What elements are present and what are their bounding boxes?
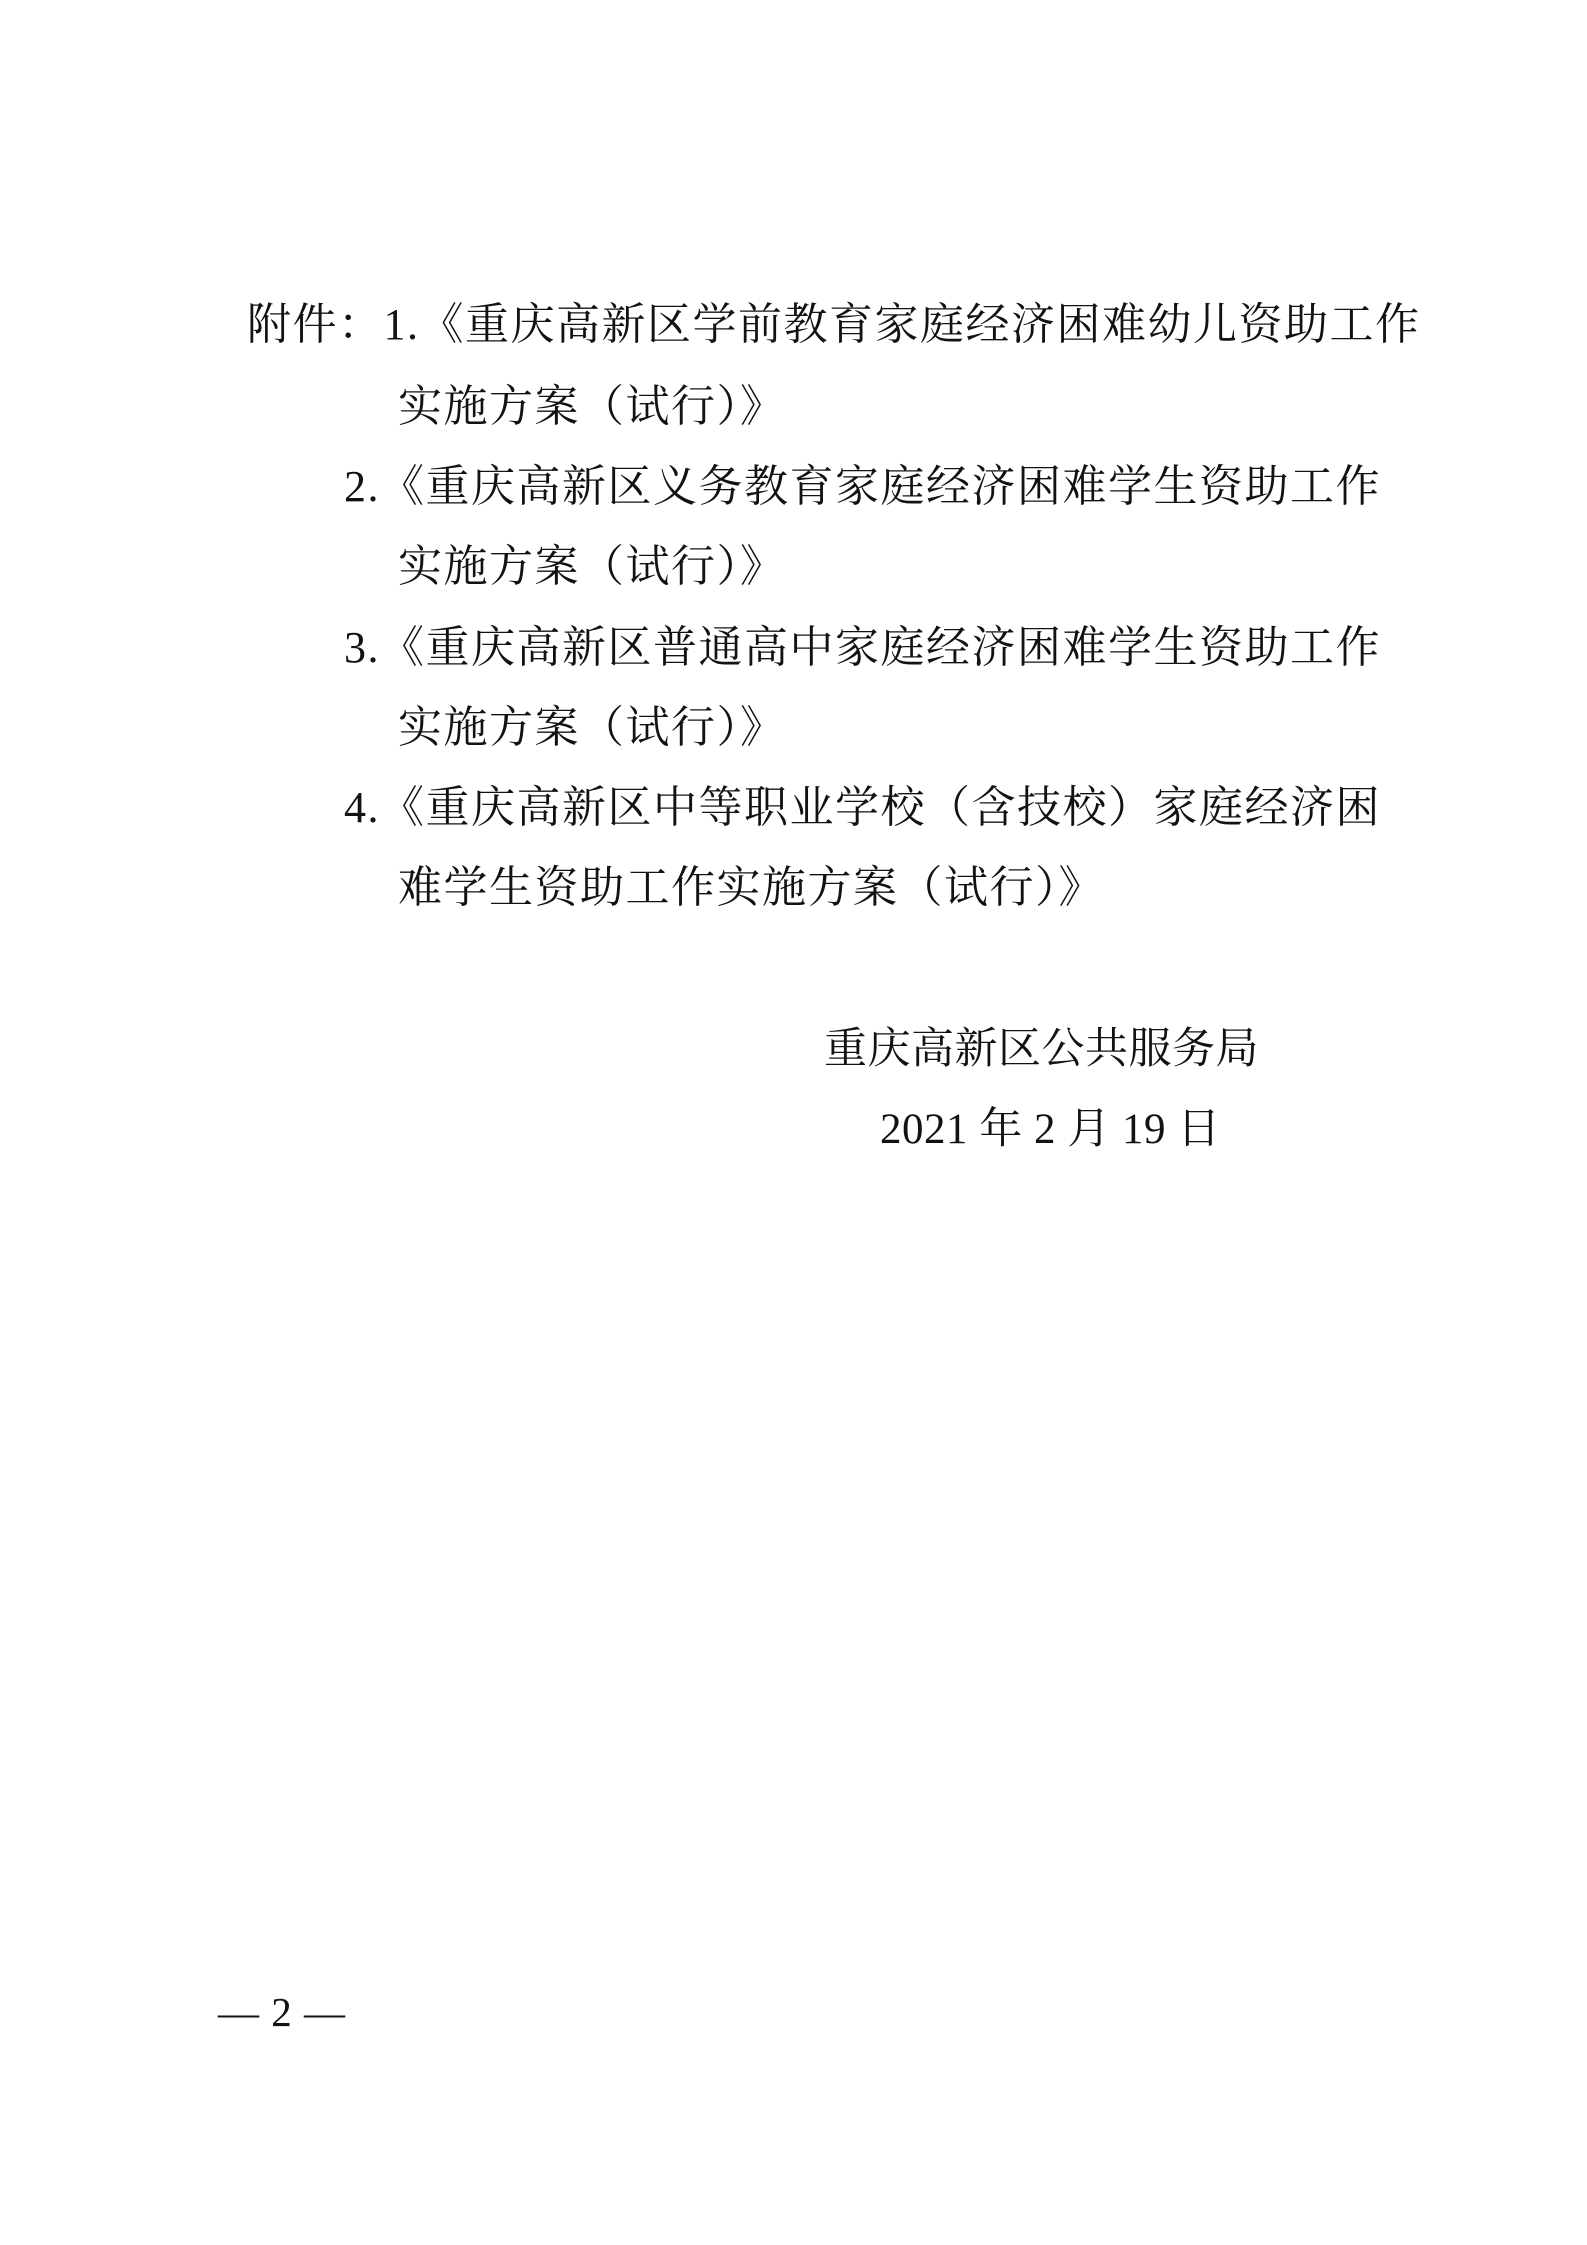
attachment-list-line: 4.《重庆高新区中等职业学校（含技校）家庭经济困 xyxy=(344,780,1381,836)
attachment-list-line: 实施方案（试行）》 xyxy=(398,700,786,756)
attachment-list-line: 实施方案（试行）》 xyxy=(398,539,786,595)
document-date: 2021 年 2 月 19 日 xyxy=(880,1102,1221,1158)
document-page: 附件：1.《重庆高新区学前教育家庭经济困难幼儿资助工作 实施方案（试行）》 2.… xyxy=(0,0,1587,2245)
page-number: — 2 — xyxy=(218,1988,346,2036)
attachment-list-line: 3.《重庆高新区普通高中家庭经济困难学生资助工作 xyxy=(344,620,1381,676)
issuing-authority-signature: 重庆高新区公共服务局 xyxy=(824,1022,1259,1078)
attachment-list-line: 实施方案（试行）》 xyxy=(398,379,786,435)
attachment-list-line: 2.《重庆高新区义务教育家庭经济困难学生资助工作 xyxy=(344,459,1381,515)
attachment-list-line: 附件：1.《重庆高新区学前教育家庭经济困难幼儿资助工作 xyxy=(247,297,1421,353)
attachment-list-line: 难学生资助工作实施方案（试行）》 xyxy=(398,860,1104,916)
